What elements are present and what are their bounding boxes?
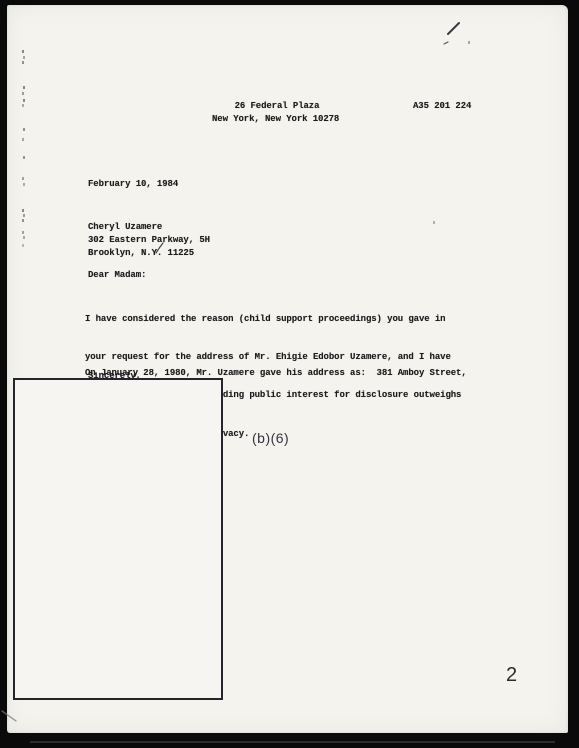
letterhead-address-line1: 26 Federal Plaza bbox=[212, 100, 342, 113]
alien-file-number: A35 201 224 bbox=[413, 100, 471, 113]
salutation: Dear Madam: bbox=[88, 269, 146, 282]
scanned-letter-page: 26 Federal Plaza New York, New York 1027… bbox=[0, 0, 579, 748]
scan-noise-specks bbox=[0, 0, 2, 3]
scanner-frame-artifact bbox=[30, 741, 555, 743]
recipient-city: Brooklyn, N.Y. 11225 bbox=[88, 247, 194, 260]
letterhead-address-line2: New York, New York 10278 bbox=[212, 113, 339, 126]
body-line: I have considered the reason (child supp… bbox=[85, 313, 461, 326]
date-line: February 10, 1984 bbox=[88, 178, 178, 191]
recipient-name: Cheryl Uzamere bbox=[88, 221, 162, 234]
redaction-box bbox=[13, 378, 223, 700]
foia-exemption-label: (b)(6) bbox=[252, 430, 289, 446]
page-number: 2 bbox=[506, 664, 517, 687]
recipient-street: 302 Eastern Parkway, 5H bbox=[88, 234, 210, 247]
